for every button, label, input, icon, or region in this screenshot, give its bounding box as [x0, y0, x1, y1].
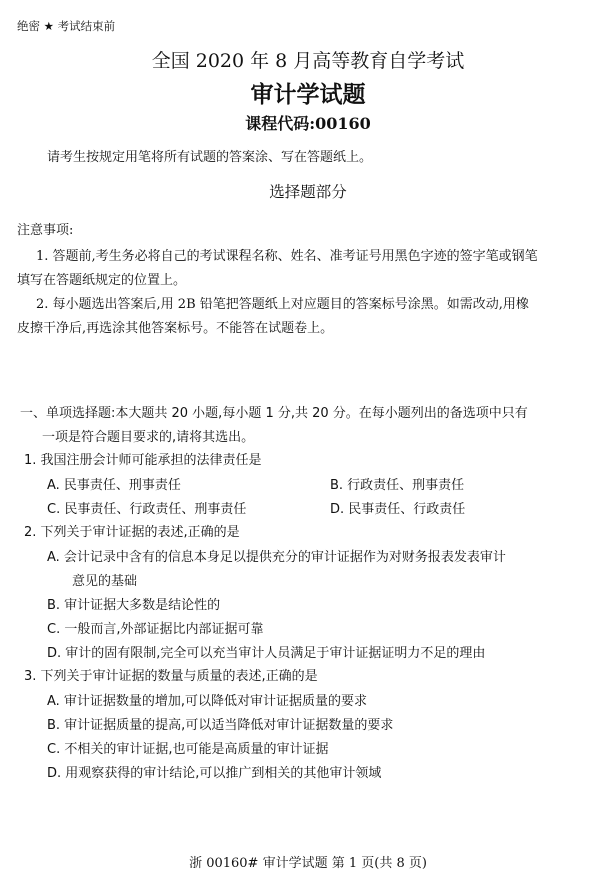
- note-line: 填写在答题纸规定的位置上。: [17, 269, 186, 288]
- note-line: 1. 答题前,考生务必将自己的考试课程名称、姓名、准考证号用黑色字迹的签字笔或钢…: [36, 245, 538, 264]
- note-line: 2. 每小题选出答案后,用 2B 铅笔把答题纸上对应题目的答案标号涂黑。如需改动…: [36, 293, 529, 312]
- question-stem: 2. 下列关于审计证据的表述,正确的是: [24, 521, 240, 540]
- subject-title: 审计学试题: [0, 76, 616, 109]
- option-c: C. 一般而言,外部证据比内部证据可靠: [47, 618, 263, 637]
- question-stem: 1. 我国注册会计师可能承担的法律责任是: [24, 449, 262, 468]
- option-b: B. 行政责任、刑事责任: [330, 474, 464, 493]
- course-code: 课程代码:00160: [0, 111, 616, 134]
- option-d: D. 民事责任、行政责任: [330, 498, 465, 517]
- confidential-label: 绝密 ★ 考试结束前: [17, 18, 115, 34]
- note-line: 皮擦干净后,再选涂其他答案标号。不能答在试题卷上。: [17, 317, 333, 336]
- part-title: 选择题部分: [0, 180, 616, 202]
- page-footer: 浙 00160# 审计学试题 第 1 页(共 8 页): [0, 852, 616, 871]
- exam-title: 全国 2020 年 8 月高等教育自学考试: [0, 46, 616, 73]
- option-c: C. 不相关的审计证据,也可能是高质量的审计证据: [47, 738, 328, 757]
- option-c: C. 民事责任、行政责任、刑事责任: [47, 498, 246, 517]
- option-a: A. 民事责任、刑事责任: [47, 474, 181, 493]
- section-heading-cont: 一项是符合题目要求的,请将其选出。: [42, 426, 254, 445]
- option-d: D. 审计的固有限制,完全可以充当审计人员满足于审计证据证明力不足的理由: [47, 642, 485, 661]
- question-stem: 3. 下列关于审计证据的数量与质量的表述,正确的是: [24, 665, 318, 684]
- option-d: D. 用观察获得的审计结论,可以推广到相关的其他审计领域: [47, 762, 381, 781]
- option-a: A. 会计记录中含有的信息本身足以提供充分的审计证据作为对财务报表发表审计: [47, 546, 506, 565]
- general-instruction: 请考生按规定用笔将所有试题的答案涂、写在答题纸上。: [47, 146, 372, 165]
- section-heading: 一、单项选择题:本大题共 20 小题,每小题 1 分,共 20 分。在每小题列出…: [20, 402, 528, 421]
- notes-heading: 注意事项:: [17, 219, 73, 238]
- option-a-cont: 意见的基础: [72, 570, 137, 589]
- option-a: A. 审计证据数量的增加,可以降低对审计证据质量的要求: [47, 690, 367, 709]
- option-b: B. 审计证据质量的提高,可以适当降低对审计证据数量的要求: [47, 714, 393, 733]
- option-b: B. 审计证据大多数是结论性的: [47, 594, 220, 613]
